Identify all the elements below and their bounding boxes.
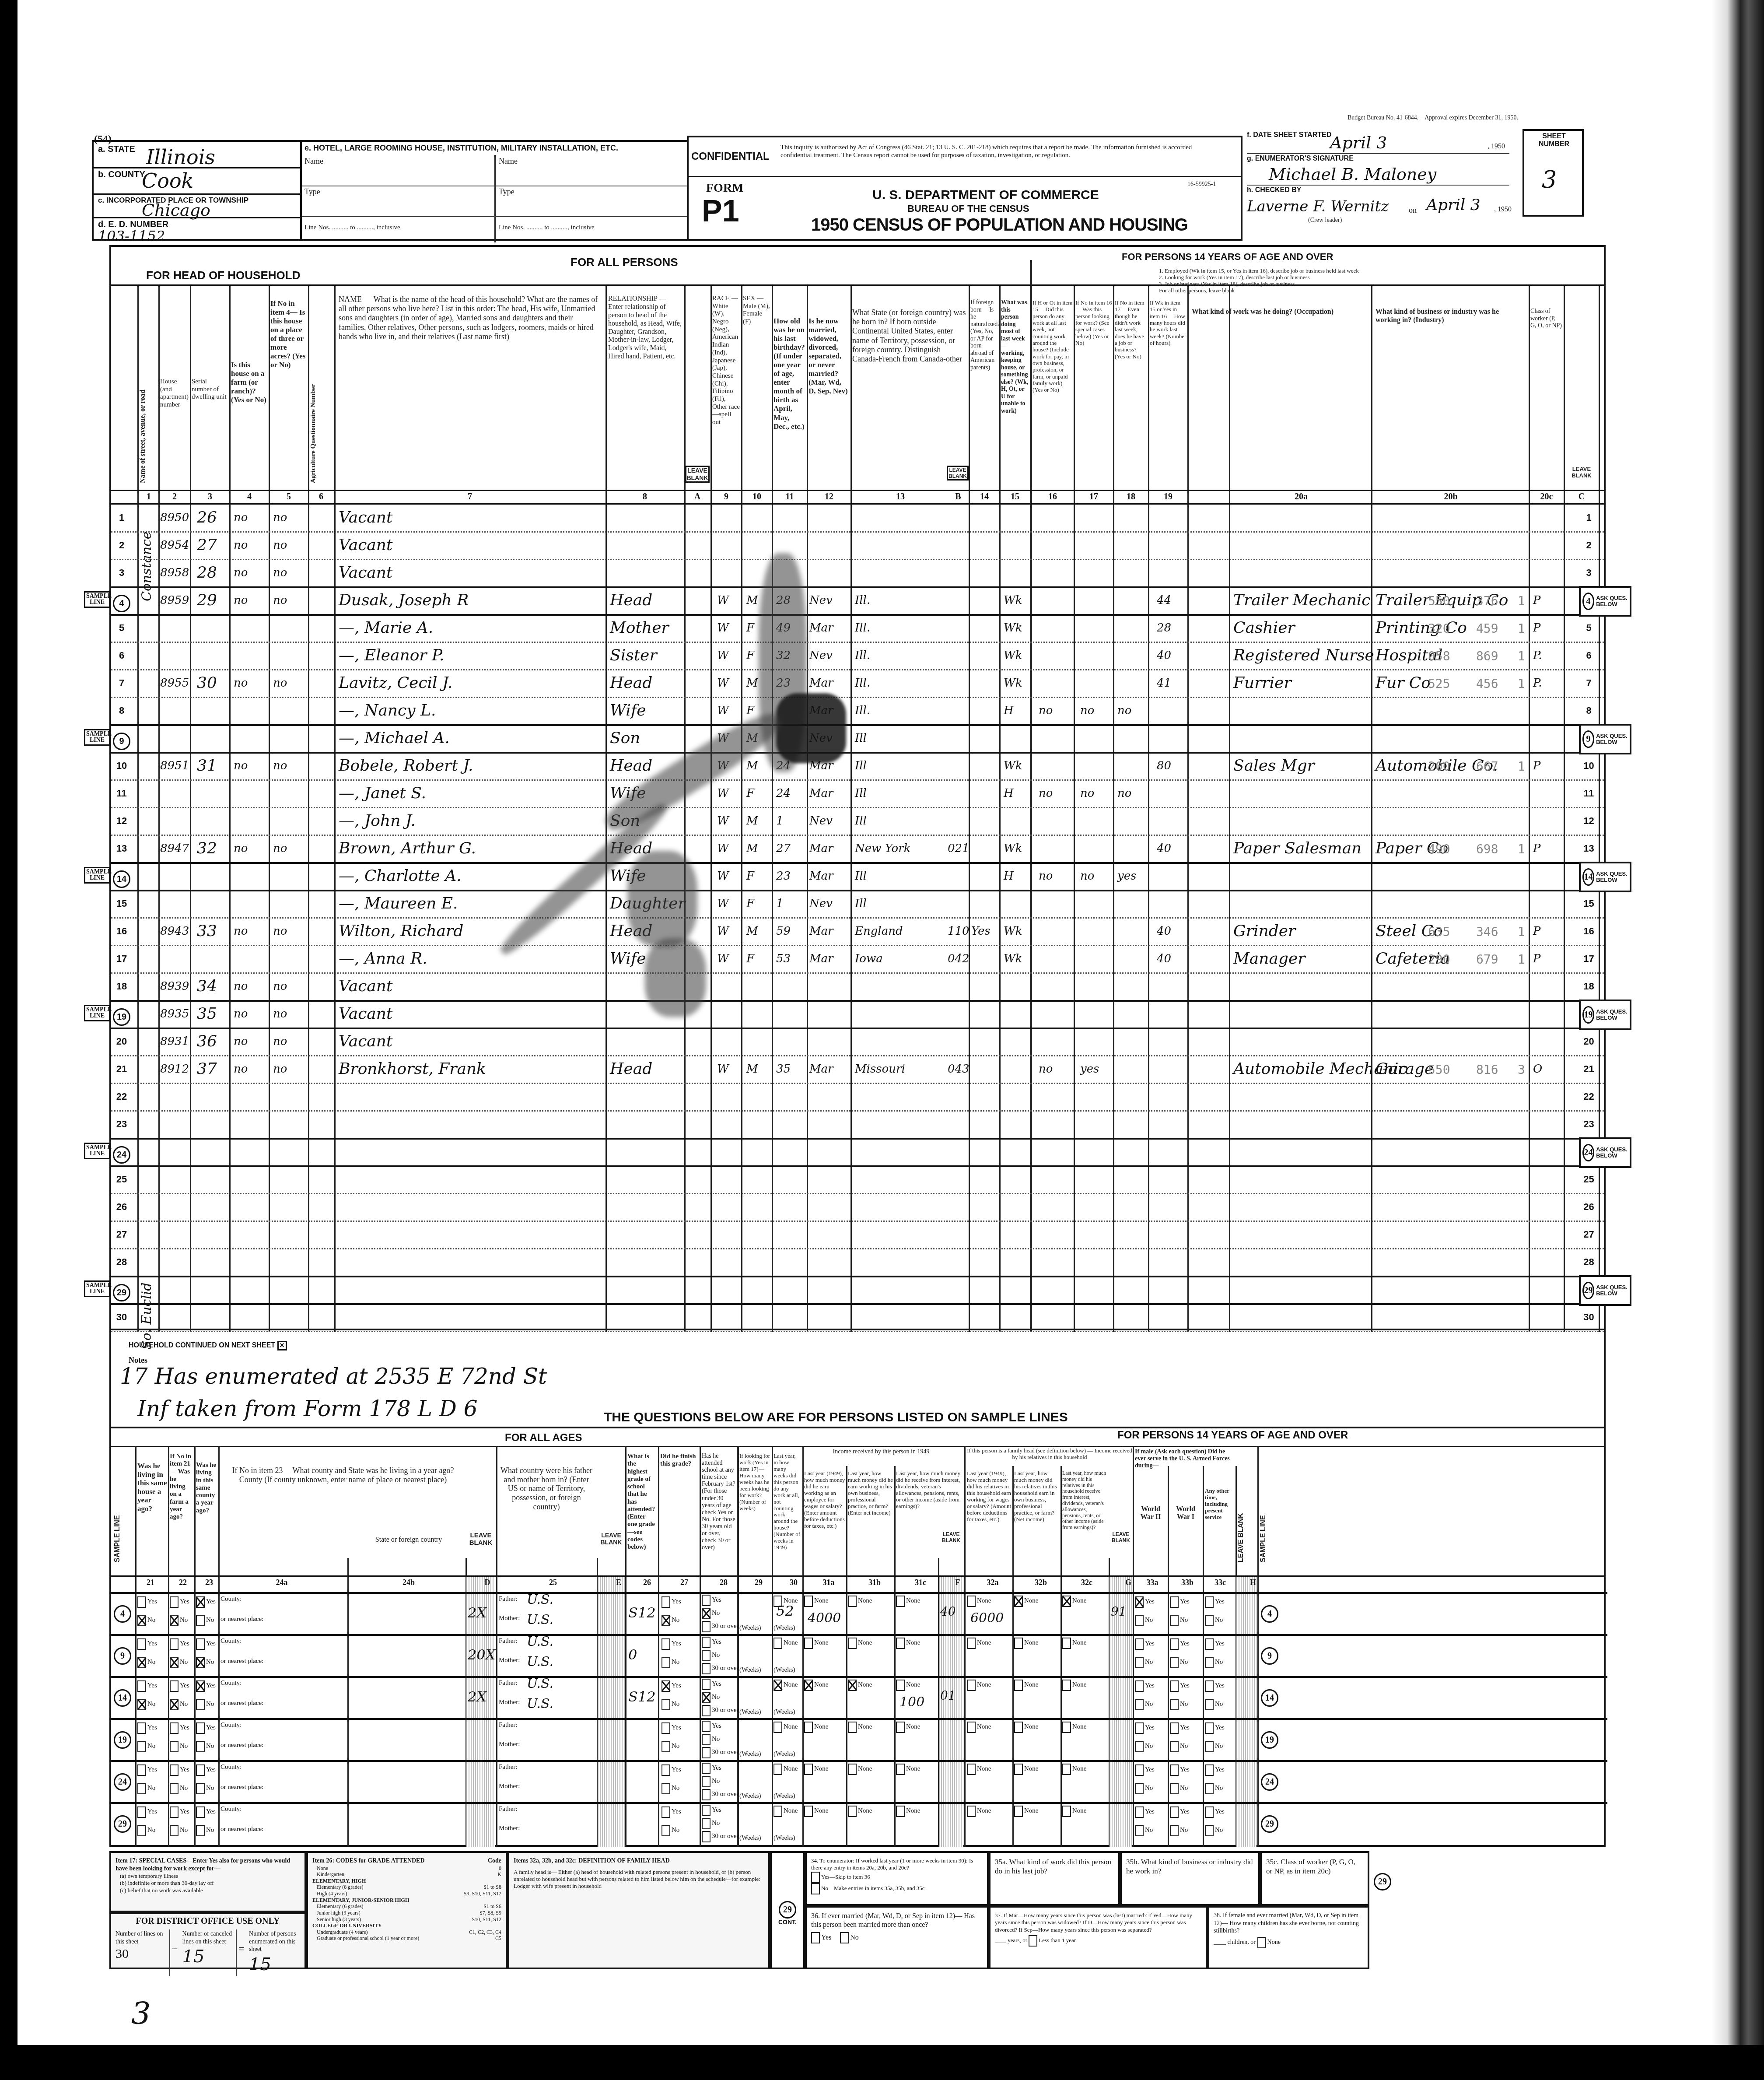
q34-yes-checkbox[interactable] (811, 1872, 820, 1883)
coding-mark: 679 (1476, 952, 1498, 967)
line-number-right: 23 (1579, 1119, 1599, 1130)
q28-yes-checkbox[interactable]: Yes (702, 1721, 721, 1732)
coding-mark: 1 (1518, 677, 1525, 691)
q23-yes-checkbox[interactable]: Yes (196, 1638, 216, 1650)
q32c-none-checkbox[interactable]: None (1062, 1638, 1087, 1649)
q31c-head: Last year, how much money did he receive… (896, 1470, 962, 1510)
q23-no-checkbox[interactable]: No (196, 1825, 214, 1836)
q28-30-or-over-checkbox[interactable]: 30 or over (702, 1663, 739, 1674)
q36-yes-checkbox[interactable] (811, 1932, 820, 1943)
q30-none-checkbox[interactable]: None (773, 1722, 798, 1733)
q28-no-checkbox[interactable]: No (702, 1818, 720, 1829)
q31a-none-checkbox[interactable]: None (804, 1680, 829, 1691)
q21-no-checkbox[interactable]: No (137, 1783, 155, 1794)
q32b-none-checkbox[interactable]: None (1014, 1638, 1039, 1649)
q29-weeks-label: (Weeks) (739, 1666, 761, 1674)
q33a-yes-checkbox[interactable]: Yes (1135, 1596, 1155, 1608)
q33a-no-checkbox[interactable]: No (1135, 1699, 1153, 1710)
coding-mark: 1 (1518, 759, 1525, 774)
g-leave-blank: LEAVE BLANK (1109, 1532, 1132, 1544)
q22-no-checkbox[interactable]: No (170, 1699, 188, 1710)
q22-head: If No in item 21— Was he living on a far… (170, 1453, 193, 1521)
household-continued-checkbox[interactable]: × (277, 1341, 287, 1350)
q23-no-checkbox[interactable]: No (196, 1741, 214, 1752)
col-19-head: If Wk in item 15 or Yes in item 16— How … (1150, 299, 1186, 346)
table-row: 1515—, Maureen E.DaughterWF1NevIll (111, 891, 1607, 919)
birthplace: Ill. (855, 594, 870, 607)
farm-answer: no (234, 539, 248, 552)
q30-none-checkbox[interactable]: None (773, 1806, 798, 1817)
worked-last-week: no (1039, 1063, 1053, 1076)
ink-blot (627, 851, 697, 947)
q33c-yes-checkbox[interactable]: Yes (1205, 1638, 1225, 1650)
q32a-none-checkbox[interactable]: None (967, 1638, 991, 1649)
q23-no-checkbox[interactable]: No (196, 1699, 214, 1710)
q21-no-checkbox[interactable]: No (137, 1741, 155, 1752)
house-number: 8947 (160, 842, 189, 855)
hours-worked: 40 (1157, 649, 1171, 662)
q21-yes-checkbox[interactable]: Yes (137, 1596, 157, 1608)
q36-no-checkbox[interactable] (840, 1932, 849, 1943)
line-number: 11 (113, 788, 130, 799)
q33a-no-checkbox[interactable]: No (1135, 1825, 1153, 1836)
q21-no-checkbox[interactable]: No (137, 1699, 155, 1710)
relationship: Wife (610, 702, 646, 719)
q31c-none-checkbox[interactable]: None (896, 1722, 920, 1733)
for-all-ages-label: FOR ALL AGES (505, 1432, 582, 1444)
q33c-head: Any other time, including present servic… (1205, 1488, 1235, 1521)
line-number: 15 (113, 898, 130, 909)
coding-mark: 550 (1428, 594, 1450, 608)
q33a-no-checkbox[interactable]: No (1135, 1783, 1153, 1794)
q32a-none-checkbox[interactable]: None (967, 1596, 991, 1607)
table-row: 55—, Marie A.MotherWF49MarIll.Wk28Cashie… (111, 615, 1607, 643)
grade-code-item: KindergartenK (312, 1871, 501, 1878)
race: W (717, 925, 729, 938)
q31c-none-checkbox[interactable]: None (896, 1806, 920, 1817)
q21-yes-checkbox[interactable]: Yes (137, 1806, 157, 1818)
q37-less-than-1-year-checkbox[interactable] (1029, 1935, 1037, 1947)
q27-no-checkbox[interactable]: No (661, 1741, 679, 1752)
q22-yes-checkbox[interactable]: Yes (170, 1806, 189, 1818)
house-number: 8939 (160, 980, 189, 993)
q33a-yes-checkbox[interactable]: Yes (1135, 1764, 1155, 1776)
q32b-none-checkbox[interactable]: None (1014, 1596, 1039, 1607)
coding-mark: 456 (1476, 677, 1498, 691)
q30-weeks-worked: 52 (776, 1603, 794, 1619)
house-number: 8955 (160, 677, 189, 690)
q31a-none-checkbox[interactable]: None (804, 1638, 829, 1649)
q31b-none-checkbox[interactable]: None (848, 1680, 872, 1691)
q33b-yes-checkbox[interactable]: Yes (1170, 1764, 1190, 1776)
coding-mark: 320 (1428, 621, 1450, 636)
q33b-no-checkbox[interactable]: No (1170, 1825, 1188, 1836)
naturalized: Yes (971, 925, 990, 938)
q28-30-or-over-checkbox[interactable]: 30 or over (702, 1621, 739, 1632)
sample-row: 2424YesNoYesNoYesNoCounty:or nearest pla… (111, 1760, 1607, 1802)
q31a-none-checkbox[interactable]: None (804, 1806, 829, 1817)
colnum-15: 15 (1001, 492, 1029, 502)
q29-weeks-label: (Weeks) (739, 1834, 761, 1842)
coding-mark: 346 (1476, 925, 1498, 939)
line-number: 22 (113, 1091, 130, 1102)
colnum-6: 6 (310, 492, 332, 502)
q33b-yes-checkbox[interactable]: Yes (1170, 1722, 1190, 1734)
colnum-7: 7 (336, 492, 604, 502)
grade-codes-box: Item 26: CODES for GRADE ATTENDED Code N… (306, 1851, 507, 1969)
q33b-yes-checkbox[interactable]: Yes (1170, 1596, 1190, 1608)
table-row: 2121891237nonoBronkhorst, FrankHeadWM35M… (111, 1056, 1607, 1084)
q28-yes-checkbox[interactable]: Yes (702, 1805, 721, 1816)
person-name: Bobele, Robert J. (339, 757, 473, 775)
sample-row: 44YesNoYesNoYesNoCounty:or nearest place… (111, 1592, 1607, 1634)
q27-no-checkbox[interactable]: No (661, 1699, 679, 1710)
q33c-no-checkbox[interactable]: No (1205, 1699, 1223, 1710)
q31a-none-checkbox[interactable]: None (804, 1596, 829, 1607)
industry: Printing Co (1375, 619, 1467, 637)
relationship: Head (610, 591, 652, 609)
q27-yes-checkbox[interactable]: Yes (661, 1806, 681, 1818)
q35a-box: 35a. What kind of work did this person d… (989, 1851, 1120, 1906)
q31b-none-checkbox[interactable]: None (848, 1764, 872, 1775)
q21-yes-checkbox[interactable]: Yes (137, 1680, 157, 1692)
q22-yes-checkbox[interactable]: Yes (170, 1596, 189, 1608)
q33a-yes-checkbox[interactable]: Yes (1135, 1680, 1155, 1692)
age: 27 (776, 842, 791, 855)
handwritten-page-number: 3 (131, 1996, 151, 2031)
mother-label: Mother: (499, 1657, 520, 1664)
occupation: Paper Salesman (1233, 839, 1361, 857)
q33c-yes-checkbox[interactable]: Yes (1205, 1722, 1225, 1734)
mother-label: Mother: (499, 1615, 520, 1622)
grade-code-item: COLLEGE OR UNIVERSITY (312, 1922, 501, 1929)
age: 35 (776, 1063, 791, 1076)
q32c-none-checkbox[interactable]: None (1062, 1596, 1087, 1607)
q28-30-or-over-checkbox[interactable]: 30 or over (702, 1705, 739, 1716)
person-name: —, Janet S. (339, 784, 426, 802)
q33a-yes-checkbox[interactable]: Yes (1135, 1806, 1155, 1818)
q33c-yes-checkbox[interactable]: Yes (1205, 1764, 1225, 1776)
q31a-none-checkbox[interactable]: None (804, 1764, 829, 1775)
age: 23 (776, 870, 791, 883)
relationship: Head (610, 674, 652, 692)
coding-mark: 667 (1476, 759, 1498, 774)
col-3-head: Serial number of dwelling unit (192, 378, 228, 401)
father-birthplace: U.S. (527, 1592, 553, 1607)
q32a-none-checkbox[interactable]: None (967, 1680, 991, 1691)
q28-30-or-over-checkbox[interactable]: 30 or over (702, 1747, 739, 1758)
q23-yes-checkbox[interactable]: Yes (196, 1806, 216, 1818)
q31c-none-checkbox[interactable]: None (896, 1680, 920, 1691)
q22-no-checkbox[interactable]: No (170, 1657, 188, 1668)
state-value: Illinois (146, 145, 215, 169)
sample-colnum: 32a (980, 1578, 1006, 1587)
q21-yes-checkbox[interactable]: Yes (137, 1638, 157, 1650)
q27-yes-checkbox[interactable]: Yes (661, 1638, 681, 1650)
father-birthplace: U.S. (527, 1676, 553, 1691)
line-number-right: 6 (1579, 650, 1599, 661)
q23-no-checkbox[interactable]: No (196, 1657, 214, 1668)
checked-label: h. CHECKED BY (1247, 186, 1301, 194)
person-name: Vacant (339, 509, 392, 526)
grade-codes-list: None0KindergartenKELEMENTARY, HIGHElemen… (312, 1865, 501, 1942)
family-head-box: Items 32a, 32b, and 32c: DEFINITION OF F… (507, 1851, 770, 1969)
table-row: 2424ASK QUES. BELOWSAMPLE LINE (111, 1139, 1607, 1167)
sample-colnum: 32c (1074, 1578, 1100, 1587)
income-relatives-label: If this person is a family head (see def… (966, 1448, 1133, 1461)
line-number-right: 20 (1579, 1036, 1599, 1047)
q32a-none-checkbox[interactable]: None (967, 1722, 991, 1733)
table-row: 99ASK QUES. BELOWSAMPLE LINE—, Michael A… (111, 726, 1607, 753)
sample-colnum: 33a (1139, 1578, 1165, 1587)
colnum-11: 11 (773, 492, 806, 502)
colnum-3: 3 (192, 492, 228, 502)
q23-yes-checkbox[interactable]: Yes (196, 1596, 216, 1608)
sample-row: 2929YesNoYesNoYesNoCounty:or nearest pla… (111, 1802, 1607, 1844)
mother-birthplace: U.S. (527, 1696, 553, 1712)
table-row: 1212—, John J.SonWM1NevIll (111, 808, 1607, 836)
q33c-yes-checkbox[interactable]: Yes (1205, 1680, 1225, 1692)
line-number: 9 (113, 733, 130, 750)
q21-no-checkbox[interactable]: No (137, 1615, 155, 1626)
person-name: —, Marie A. (339, 619, 433, 637)
q31b-none-checkbox[interactable]: None (848, 1596, 872, 1607)
q33a-yes-checkbox[interactable]: Yes (1135, 1722, 1155, 1734)
grade-attended: 0 (628, 1646, 637, 1663)
birthplace-code: 021 (948, 842, 969, 855)
q32b-none-checkbox[interactable]: None (1014, 1680, 1039, 1691)
q22-yes-checkbox[interactable]: Yes (170, 1764, 189, 1776)
q21-no-checkbox[interactable]: No (137, 1657, 155, 1668)
q21-yes-checkbox[interactable]: Yes (137, 1764, 157, 1776)
sex: M (746, 594, 758, 607)
line-number: 17 (113, 953, 130, 965)
sample-line-tag: SAMPLE LINE (84, 1280, 110, 1297)
sample-section-title: THE QUESTIONS BELOW ARE FOR PERSONS LIST… (604, 1410, 1068, 1425)
q23-yes-checkbox[interactable]: Yes (196, 1764, 216, 1776)
col-2-head: House (and apartment) number (160, 378, 189, 409)
census-sheet: Budget Bureau No. 41-6844.—Approval expi… (0, 0, 1764, 2080)
q28-30-or-over-checkbox[interactable]: 30 or over (702, 1789, 739, 1800)
q23-yes-checkbox[interactable]: Yes (196, 1680, 216, 1692)
q28-no-checkbox[interactable]: No (702, 1692, 720, 1703)
col-18-head: If No in item 17— Even though he didn't … (1115, 299, 1147, 360)
q27-no-checkbox[interactable]: No (661, 1783, 679, 1794)
checked-year: , 1950 (1494, 206, 1512, 214)
grade-attended: S12 (628, 1688, 656, 1705)
q33c-no-checkbox[interactable]: No (1205, 1783, 1223, 1794)
acres-answer: no (273, 1007, 287, 1021)
q28-no-checkbox[interactable]: No (702, 1650, 720, 1661)
h-leave-blank: LEAVE BLANK (1237, 1492, 1256, 1562)
q28-no-checkbox[interactable]: No (702, 1608, 720, 1619)
ask-questions-below-marker: 14ASK QUES. BELOW (1579, 862, 1631, 892)
q30-weeks-label: (Weeks) (773, 1666, 795, 1674)
col-11-head: How old was he on his last birthday? (If… (773, 317, 806, 431)
q38-none-checkbox[interactable] (1257, 1937, 1266, 1948)
q33b-no-checkbox[interactable]: No (1170, 1783, 1188, 1794)
q32b-none-checkbox[interactable]: None (1014, 1722, 1039, 1733)
race: W (717, 677, 729, 690)
q21-no-checkbox[interactable]: No (137, 1825, 155, 1836)
colnum-20b: 20b (1373, 492, 1529, 502)
q22-yes-checkbox[interactable]: Yes (170, 1722, 189, 1734)
q22-yes-checkbox[interactable]: Yes (170, 1638, 189, 1650)
q22-no-checkbox[interactable]: No (170, 1783, 188, 1794)
line-number: 24 (113, 1146, 130, 1164)
q33c-no-checkbox[interactable]: No (1205, 1615, 1223, 1626)
q23-head: Was he living in this same county a year… (196, 1462, 218, 1515)
sample-colnum: 25 (540, 1578, 566, 1587)
marital-status: Mar (809, 621, 833, 635)
street-column-label: Name of street, avenue, or road (139, 299, 157, 483)
f-leave-blank: LEAVE BLANK (939, 1532, 963, 1544)
q31b-none-checkbox[interactable]: None (848, 1638, 872, 1649)
q37-box: 37. If Mar—How many years since this per… (989, 1906, 1207, 1969)
q33c-no-checkbox[interactable]: No (1205, 1825, 1223, 1836)
age: 24 (776, 787, 791, 800)
q27-yes-checkbox[interactable]: Yes (661, 1596, 681, 1608)
activity: Wk (1004, 952, 1022, 965)
coding-mark: 058 (1428, 649, 1450, 663)
colnum-5: 5 (270, 492, 307, 502)
q32a-none-checkbox[interactable]: None (967, 1806, 991, 1817)
q28-yes-checkbox[interactable]: Yes (702, 1637, 721, 1648)
grade-code-item: ELEMENTARY, HIGH (312, 1878, 501, 1884)
q33b-no-checkbox[interactable]: No (1170, 1615, 1188, 1626)
q28-yes-checkbox[interactable]: Yes (702, 1595, 721, 1606)
q31b-none-checkbox[interactable]: None (848, 1722, 872, 1733)
q33a-no-checkbox[interactable]: No (1135, 1741, 1153, 1752)
q22-yes-checkbox[interactable]: Yes (170, 1680, 189, 1692)
q33c-no-checkbox[interactable]: No (1205, 1657, 1223, 1668)
table-row: 2727 (111, 1222, 1607, 1249)
q24b-head: State or foreign country (356, 1536, 461, 1544)
q34-no-checkbox[interactable] (811, 1883, 820, 1894)
q31c-none-checkbox[interactable]: None (896, 1638, 920, 1649)
birthplace: Ill (855, 759, 867, 772)
q29-weeks-label: (Weeks) (739, 1750, 761, 1758)
col-20c-head: Class of worker (P, G, O, or NP) (1530, 308, 1563, 330)
occupation: Manager (1233, 950, 1305, 968)
q27-yes-checkbox[interactable]: Yes (661, 1764, 681, 1776)
q33b-yes-checkbox[interactable]: Yes (1170, 1680, 1190, 1692)
marital-status: Nev (809, 814, 833, 828)
q32b-none-checkbox[interactable]: None (1014, 1806, 1039, 1817)
q32c-none-checkbox[interactable]: None (1062, 1680, 1087, 1691)
q38-box: 38. If female and ever married (Mar, Wd,… (1207, 1906, 1369, 1969)
birthplace-code: 043 (948, 1063, 969, 1076)
table-row: 1313894732nonoBrown, Arthur G.HeadWM27Ma… (111, 836, 1607, 863)
enumerator-signature: Michael B. Maloney (1269, 165, 1436, 184)
q28-head: Has he attended school at any time since… (702, 1453, 736, 1551)
q33a-head: World War II (1135, 1505, 1166, 1522)
coding-mark: 1 (1518, 925, 1525, 939)
line-number: 6 (113, 650, 130, 661)
q22-no-checkbox[interactable]: No (170, 1825, 188, 1836)
q33b-no-checkbox[interactable]: No (1170, 1657, 1188, 1668)
class-of-worker: O (1533, 1063, 1542, 1076)
line-number-right: 18 (1579, 981, 1599, 992)
person-name: Wilton, Richard (339, 922, 463, 940)
hours-worked: 44 (1157, 594, 1171, 607)
q27-no-checkbox[interactable]: No (661, 1825, 679, 1836)
q33a-yes-checkbox[interactable]: Yes (1135, 1638, 1155, 1650)
q30-none-checkbox[interactable]: None (773, 1680, 798, 1691)
father-label: Father: (499, 1680, 518, 1687)
q28-yes-checkbox[interactable]: Yes (702, 1679, 721, 1690)
table-row: 1414ASK QUES. BELOWSAMPLE LINE—, Charlot… (111, 863, 1607, 891)
table-row: 77895530nonoLavitz, Cecil J.HeadWM23MarI… (111, 670, 1607, 698)
q27-yes-checkbox[interactable]: Yes (661, 1722, 681, 1734)
form-number: 16-59925-1 (1187, 181, 1216, 188)
q31b-none-checkbox[interactable]: None (848, 1806, 872, 1817)
q29-weeks-label: (Weeks) (739, 1792, 761, 1800)
table-row: 2828 (111, 1249, 1607, 1277)
q21-yes-checkbox[interactable]: Yes (137, 1722, 157, 1734)
q33b-no-checkbox[interactable]: No (1170, 1699, 1188, 1710)
institution-header: e. HOTEL, LARGE ROOMING HOUSE, INSTITUTI… (302, 140, 687, 241)
q33a-no-checkbox[interactable]: No (1135, 1615, 1153, 1626)
sample-colnum: D (474, 1578, 500, 1587)
q32c-none-checkbox[interactable]: None (1062, 1764, 1087, 1775)
q31c-none-checkbox[interactable]: None (896, 1596, 920, 1607)
q33b-yes-checkbox[interactable]: Yes (1170, 1806, 1190, 1818)
q33c-yes-checkbox[interactable]: Yes (1205, 1806, 1225, 1818)
q27-no-checkbox[interactable]: No (661, 1657, 679, 1668)
date-label: f. DATE SHEET STARTED (1247, 131, 1331, 139)
q23-yes-checkbox[interactable]: Yes (196, 1722, 216, 1734)
q32c-none-checkbox[interactable]: None (1062, 1806, 1087, 1817)
father-label: Father: (499, 1806, 518, 1813)
q28-no-checkbox[interactable]: No (702, 1776, 720, 1787)
q32b-none-checkbox[interactable]: None (1014, 1764, 1039, 1775)
q33b-no-checkbox[interactable]: No (1170, 1741, 1188, 1752)
county-label: County: (220, 1806, 241, 1813)
q32a-none-checkbox[interactable]: None (967, 1764, 991, 1775)
grade-code-item: Undergraduate (4 years)C1, C2, C3, C4 (312, 1929, 501, 1936)
birthplace: Ill (855, 787, 867, 800)
q22-no-checkbox[interactable]: No (170, 1615, 188, 1626)
district-canceled-value: 15 (182, 1946, 234, 1968)
enumerator-label: g. ENUMERATOR'S SIGNATURE (1247, 155, 1354, 163)
section-persons-14: FOR PERSONS 14 YEARS OF AGE AND OVER (1122, 251, 1333, 263)
q31a-none-checkbox[interactable]: None (804, 1722, 829, 1733)
line-number-right: 21 (1579, 1063, 1599, 1075)
q33c-yes-checkbox[interactable]: Yes (1205, 1596, 1225, 1608)
q27-head: Did he finish this grade? (660, 1453, 698, 1468)
q33b-yes-checkbox[interactable]: Yes (1170, 1638, 1190, 1650)
q31c-none-checkbox[interactable]: None (896, 1764, 920, 1775)
q32c-none-checkbox[interactable]: None (1062, 1722, 1087, 1733)
activity: Wk (1004, 842, 1022, 855)
q22-no-checkbox[interactable]: No (170, 1741, 188, 1752)
sample-persons-14-label: FOR PERSONS 14 YEARS OF AGE AND OVER (1117, 1429, 1348, 1442)
line-number: 16 (113, 926, 130, 937)
q23-no-checkbox[interactable]: No (196, 1783, 214, 1794)
q30-none-checkbox[interactable]: None (773, 1764, 798, 1775)
q28-no-checkbox[interactable]: No (702, 1734, 720, 1745)
sample-line-number: 14 (114, 1689, 131, 1707)
q33c-no-checkbox[interactable]: No (1205, 1741, 1223, 1752)
q27-no-checkbox[interactable]: No (661, 1615, 679, 1626)
q23-no-checkbox[interactable]: No (196, 1615, 214, 1626)
q28-30-or-over-checkbox[interactable]: 30 or over (702, 1831, 739, 1842)
q30-none-checkbox[interactable]: None (773, 1638, 798, 1649)
q27-yes-checkbox[interactable]: Yes (661, 1680, 681, 1692)
q28-yes-checkbox[interactable]: Yes (702, 1763, 721, 1774)
q33a-no-checkbox[interactable]: No (1135, 1657, 1153, 1668)
